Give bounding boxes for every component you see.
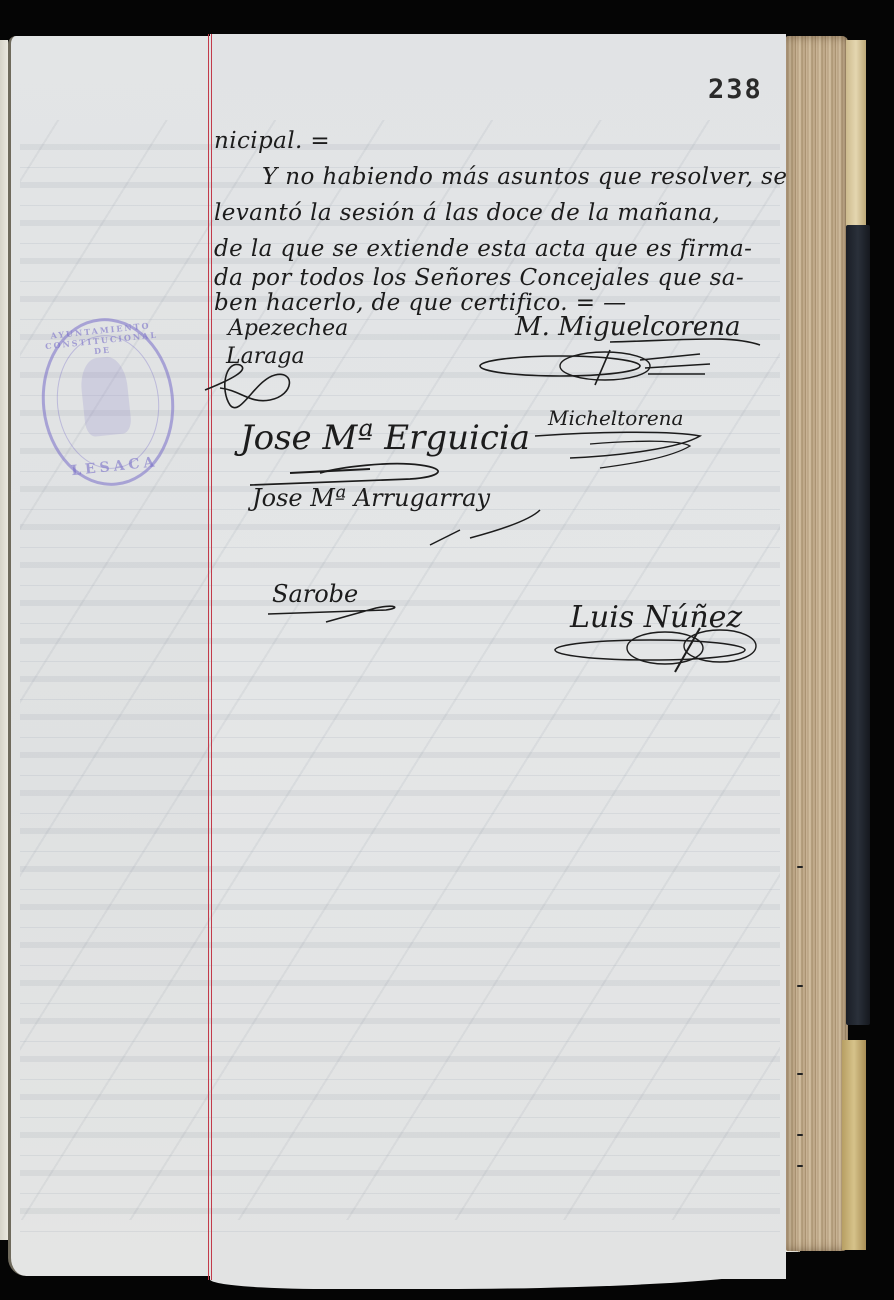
municipal-stamp: AYUNTAMIENTO CONSTITUCIONAL DE LESACA <box>34 312 183 493</box>
cover-edge-bottom <box>842 1040 866 1250</box>
signature-flourish-micheltorena <box>530 428 710 474</box>
cover-binding-dark <box>846 225 870 1025</box>
signature-flourish-nunez <box>550 620 770 680</box>
body-line-1: nicipal. = <box>214 128 330 154</box>
signature-jose-m-erguicia: Jose Mª Erguicia <box>240 418 530 458</box>
signature-flourish-arrugarray <box>420 500 550 550</box>
book-fore-edge <box>786 36 848 1251</box>
signature-flourish-miguelcorena <box>470 330 770 390</box>
signature-flourish-laraga <box>200 360 320 420</box>
facing-page-left <box>8 36 221 1276</box>
signature-apezechea: Apezechea <box>228 316 348 341</box>
body-line-4: de la que se extiende esta acta que es f… <box>214 236 752 262</box>
signature-micheltorena: Micheltorena <box>548 406 683 430</box>
signature-flourish-sarobe <box>266 596 406 626</box>
folio-number: 238 <box>708 74 763 105</box>
red-margin-rule <box>208 34 212 1280</box>
scanned-ledger-scene: 238 nicipal. = Y no habiendo más asuntos… <box>0 0 894 1300</box>
previous-page-edge <box>0 40 8 1240</box>
body-line-2: Y no habiendo más asuntos que resolver, … <box>262 164 787 190</box>
body-line-5: da por todos los Señores Concejales que … <box>214 265 744 291</box>
body-line-3: levantó la sesión á las doce de la mañan… <box>214 200 720 226</box>
cover-edge-top <box>846 40 866 230</box>
